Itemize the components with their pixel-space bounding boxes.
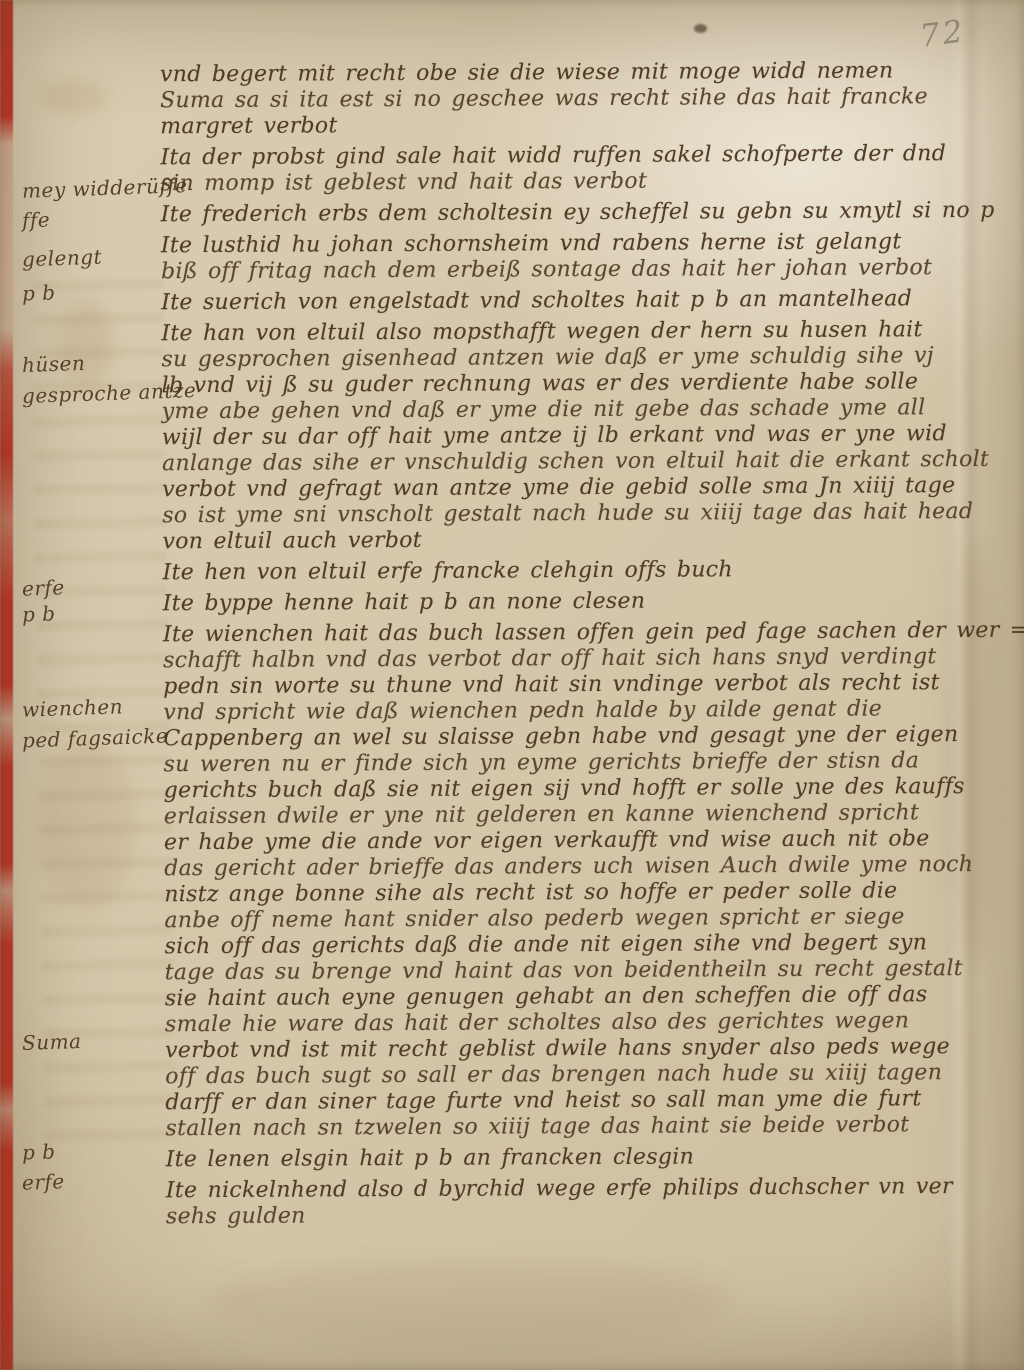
text-line: sehs gulden [166, 1200, 1022, 1230]
text-line: Ite suerich von engelstadt vnd scholtes … [161, 286, 1017, 316]
paragraph: Ita der probst gind sale hait widd ruffe… [160, 141, 1016, 197]
paragraph: Ite suerich von engelstadt vnd scholtes … [161, 286, 1017, 316]
paragraph: Ite han von eltuil also mopsthafft wegen… [161, 317, 1018, 555]
text-line: margret verbot [160, 110, 1016, 140]
text-line: Ite hen von eltuil erfe francke clehgin … [163, 556, 1019, 586]
paragraph: vnd begert mit recht obe sie die wiese m… [160, 58, 1016, 140]
text-line: sin momp ist geblest vnd hait das verbot [161, 167, 1017, 197]
margin-note: ffe [22, 208, 51, 233]
paragraph: Ite hen von eltuil erfe francke clehgin … [163, 556, 1019, 586]
margin-note: hüsen [22, 351, 86, 377]
text-line: Ite byppe henne hait p b an none clesen [163, 587, 1019, 617]
manuscript-page: 72 mey widderüffeffegelengtp bhüsengespr… [0, 0, 1024, 1370]
margin-note: erfe [22, 575, 65, 600]
paragraph: Ite lenen elsgin hait p b an francken cl… [166, 1143, 1022, 1173]
margin-note: p b [22, 1139, 56, 1164]
margin-note: gelengt [22, 245, 103, 272]
paragraph: Ite wienchen hait das buch lassen offen … [163, 618, 1022, 1142]
text-line: Ite frederich erbs dem scholtesin ey sch… [161, 198, 1017, 228]
paragraph: Ite byppe henne hait p b an none clesen [163, 587, 1019, 617]
paragraph: Ite frederich erbs dem scholtesin ey sch… [161, 198, 1017, 228]
margin-note: ped fagsaicke [22, 723, 169, 752]
margin-note: wienchen [22, 694, 124, 722]
text-line: stallen nach sn tzwelen so xiiij tage da… [165, 1112, 1021, 1142]
text-line: von eltuil auch verbot [162, 525, 1018, 555]
margin-note: p b [22, 280, 56, 305]
text-line: Ite lenen elsgin hait p b an francken cl… [166, 1143, 1022, 1173]
body-text: vnd begert mit recht obe sie die wiese m… [160, 58, 1022, 1235]
margin-note: p b [22, 601, 56, 626]
paragraph: Ite nickelnhend also d byrchid wege erfe… [166, 1174, 1022, 1230]
margin-note: Suma [22, 1029, 82, 1055]
margin-note: erfe [22, 1169, 65, 1194]
paragraph: Ite lusthid hu johan schornsheim vnd rab… [161, 229, 1017, 285]
text-line: biß off fritag nach dem erbeiß sontage d… [161, 255, 1017, 285]
